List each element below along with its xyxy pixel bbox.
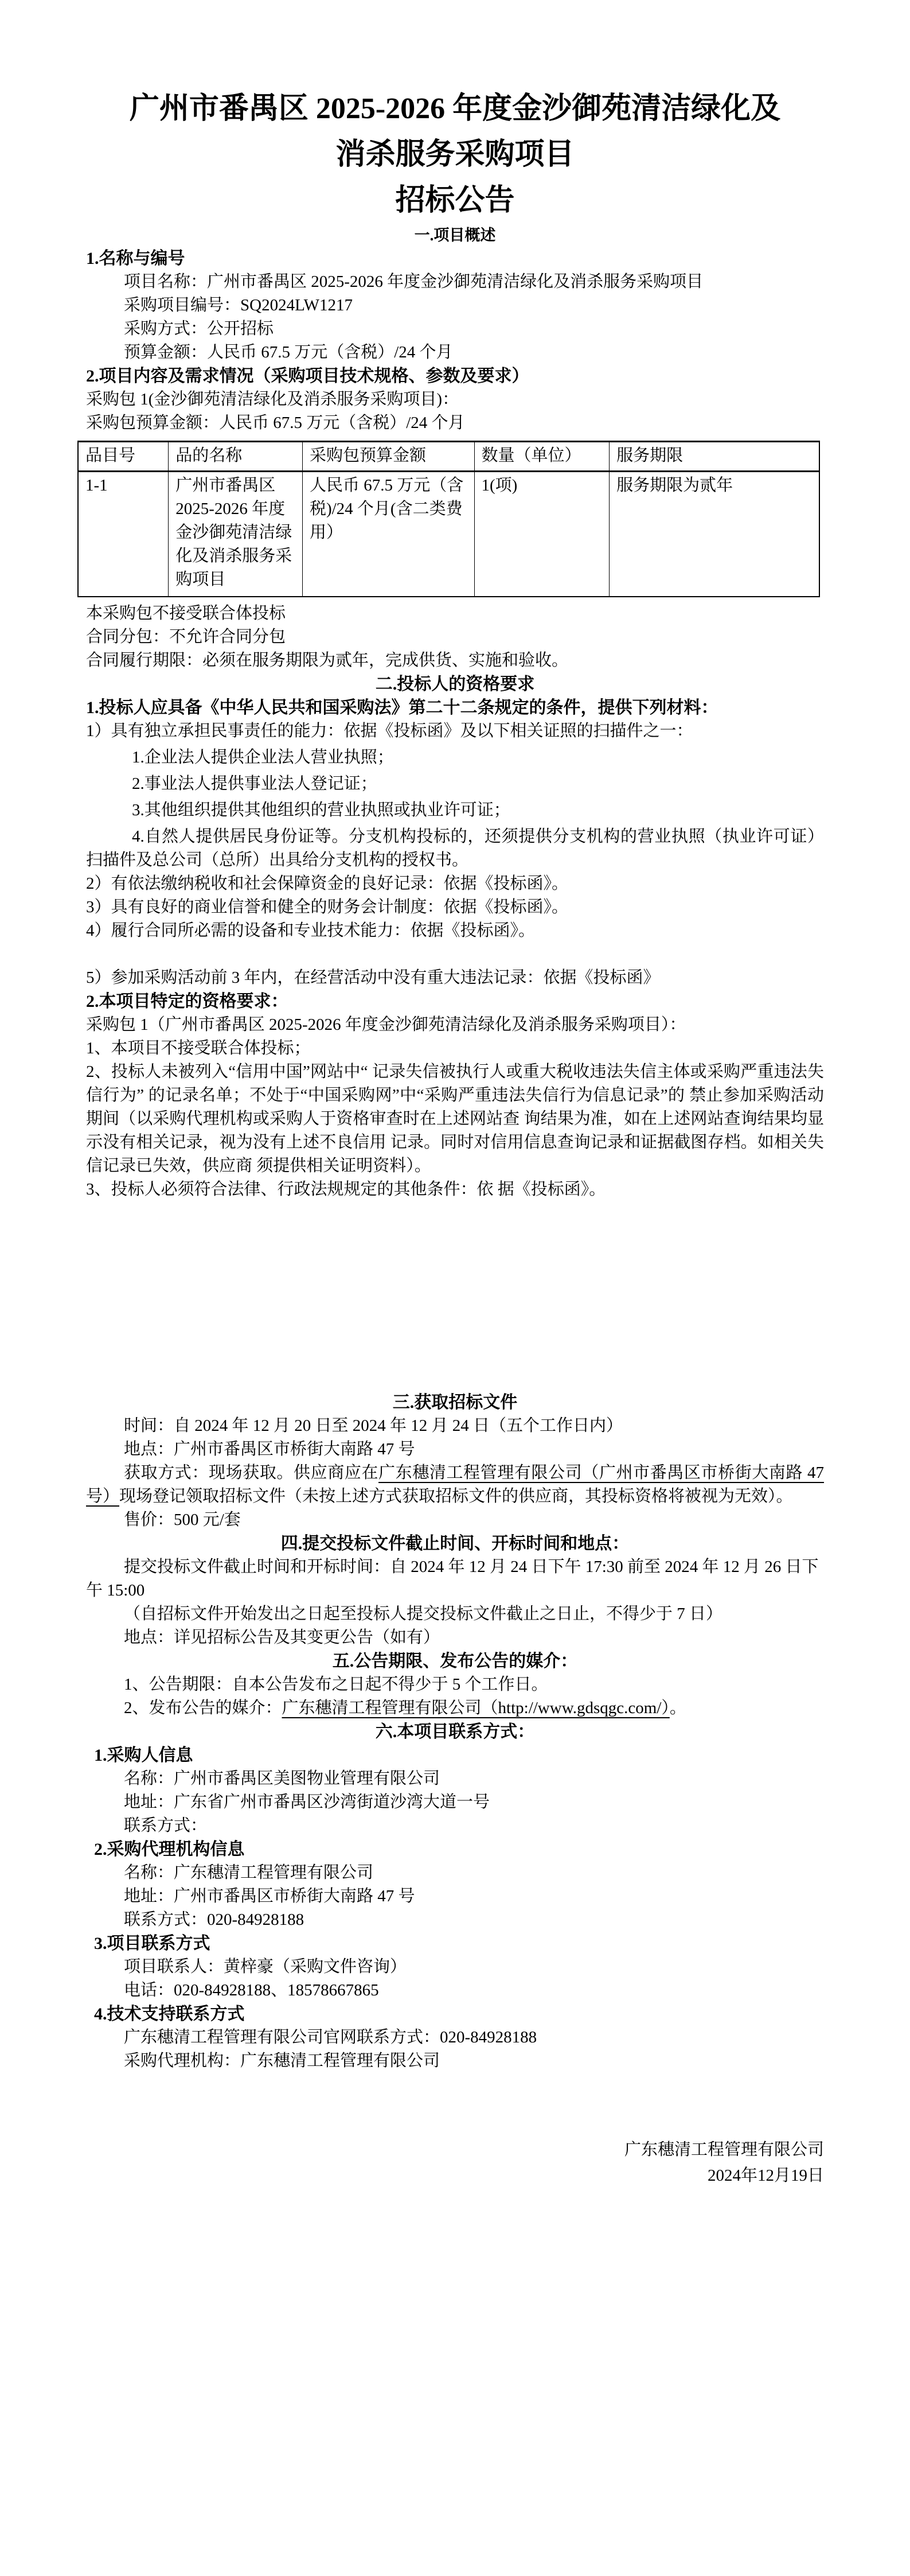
project-name: 项目名称：广州市番禺区 2025-2026 年度金沙御苑清洁绿化及消杀服务采购项… — [86, 270, 824, 294]
cell-item-no: 1-1 — [78, 472, 169, 597]
cell-quantity: 1(项) — [474, 472, 610, 597]
opening-location: 地点：详见招标公告及其变更公告（如有） — [86, 1626, 824, 1649]
document-price: 售价：500 元/套 — [86, 1508, 824, 1532]
title-line-1: 广州市番禺区 2025-2026 年度金沙御苑清洁绿化及 — [0, 86, 910, 132]
qualification-1-1-d: 4.自然人提供居民身份证等。分支机构投标的，还须提供分支机构的营业执照（执业许可… — [86, 825, 824, 872]
table-data-row: 1-1 广州市番禺区 2025-2026 年度金沙御苑清洁绿化及消杀服务采购项目… — [78, 472, 819, 597]
qualification-1-3: 3）具有良好的商业信誉和健全的财务会计制度：依据《投标函》。 — [86, 896, 824, 919]
announcement-media-underlined[interactable]: 广东穗清工程管理有限公司（http://www.gdsqgc.com/） — [282, 1699, 670, 1717]
heading-name-and-number: 1.名称与编号 — [86, 247, 824, 270]
obtain-method: 获取方式：现场获取。供应商应在广东穗清工程管理有限公司（广州市番禺区市桥街大南路… — [86, 1461, 824, 1508]
project-contact-person: 项目联系人：黄梓豪（采购文件咨询） — [86, 1955, 824, 1979]
body-blocks: 本采购包不接受联合体投标合同分包：不允许合同分包合同履行期限：必须在服务期限为贰… — [86, 602, 824, 2073]
qualification-1-1-c: 3.其他组织提供其他组织的营业执照或执业许可证； — [132, 799, 824, 822]
specific-req-2: 2、投标人未被列入“信用中国”网站中“ 记录失信被执行人或重大税收违法失信主体或… — [86, 1060, 824, 1178]
project-contact-phone: 电话：020-84928188、18578667865 — [86, 1979, 824, 2002]
purchaser-name: 名称：广州市番禺区美图物业管理有限公司 — [86, 1767, 824, 1791]
cell-service-term: 服务期限为贰年 — [610, 472, 819, 597]
heading-announcement: 五.公告期限、发布公告的媒介： — [86, 1649, 824, 1673]
col-header-quantity: 数量（单位） — [474, 442, 610, 472]
package-1-specific: 采购包 1（广州市番禺区 2025-2026 年度金沙御苑清洁绿化及消杀服务采购… — [86, 1013, 824, 1037]
col-header-item-no: 品目号 — [78, 442, 169, 472]
qualification-1-1: 1）具有独立承担民事责任的能力：依据《投标函》及以下相关证照的扫描件之一： — [86, 719, 824, 743]
footer-date: 2024年12月19日 — [86, 2163, 824, 2189]
obtain-location: 地点：广州市番禺区市桥街大南路 47 号 — [86, 1438, 824, 1461]
heading-submission-deadline: 四.提交投标文件截止时间、开标时间和地点： — [86, 1532, 824, 1555]
document-page: 广州市番禺区 2025-2026 年度金沙御苑清洁绿化及 消杀服务采购项目 招标… — [0, 0, 910, 2576]
heading-bidder-qualifications: 二.投标人的资格要求 — [86, 672, 824, 696]
document-title: 广州市番禺区 2025-2026 年度金沙御苑清洁绿化及 消杀服务采购项目 招标… — [0, 86, 910, 224]
project-contact-heading: 3.项目联系方式 — [86, 1932, 824, 1955]
cell-package-budget: 人民币 67.5 万元（含税)/24 个月(含二类费用） — [302, 472, 474, 597]
col-header-package-budget: 采购包预算金额 — [302, 442, 474, 472]
agency-name: 名称：广东穗清工程管理有限公司 — [86, 1861, 824, 1885]
obtain-method-text: 现场登记领取招标文件（未按上述方式获取招标文件的供应商，其投标资格将被视为无效）… — [119, 1487, 793, 1505]
deadline-time: 提交投标文件截止时间和开标时间：自 2024 年 12 月 24 日下午 17:… — [86, 1555, 824, 1602]
qualification-1-2: 2）有依法缴纳税收和社会保障资金的良好记录：依据《投标函》。 — [86, 872, 824, 896]
title-line-3: 招标公告 — [0, 178, 910, 224]
qualification-1-5: 5）参加采购活动前 3 年内，在经营活动中没有重大违法记录：依据《投标函》 — [86, 966, 824, 990]
spacer-large — [86, 1201, 824, 1391]
specific-req-1: 1、本项目不接受联合体投标； — [86, 1037, 824, 1060]
announcement-media-text: 。 — [670, 1699, 686, 1717]
purchaser-contact: 联系方式： — [86, 1814, 824, 1838]
announcement-period: 1、公告期限：自本公告发布之日起不得少于 5 个工作日。 — [86, 1673, 824, 1696]
items-table-wrap: 品目号 品的名称 采购包预算金额 数量（单位） 服务期限 1-1 广州市番禺区 … — [77, 441, 820, 597]
procurement-method: 采购方式：公开招标 — [86, 317, 824, 341]
col-header-item-name: 品的名称 — [169, 442, 303, 472]
cell-item-name: 广州市番禺区 2025-2026 年度金沙御苑清洁绿化及消杀服务采购项目 — [169, 472, 303, 597]
deadline-note: （自招标文件开始发出之日起至投标人提交投标文件截止之日止，不得少于 7 日） — [86, 1602, 824, 1626]
tech-support-phone: 广东穗清工程管理有限公司官网联系方式：020-84928188 — [86, 2026, 824, 2049]
announcement-media-text: 2、发布公告的媒介： — [124, 1699, 282, 1717]
heading-contact: 六.本项目联系方式： — [86, 1720, 824, 1744]
subcontract-note: 合同分包：不允许合同分包 — [86, 625, 824, 649]
purchaser-address: 地址：广东省广州市番禺区沙湾街道沙湾大道一号 — [86, 1791, 824, 1814]
contract-period-note: 合同履行期限：必须在服务期限为贰年，完成供货、实施和验收。 — [86, 649, 824, 672]
tech-support-agency: 采购代理机构：广东穗清工程管理有限公司 — [86, 2049, 824, 2073]
purchaser-info-heading: 1.采购人信息 — [86, 1744, 824, 1767]
footer-company: 广东穗清工程管理有限公司 — [86, 2137, 824, 2163]
no-consortium-note: 本采购包不接受联合体投标 — [86, 602, 824, 625]
budget-amount: 预算金额：人民币 67.5 万元（含税）/24 个月 — [86, 341, 824, 364]
qualification-1-4: 4）履行合同所必需的设备和专业技术能力：依据《投标函》。 — [86, 919, 824, 943]
package-budget: 采购包预算金额：人民币 67.5 万元（含税）/24 个月 — [86, 411, 824, 435]
col-header-service-term: 服务期限 — [610, 442, 819, 472]
package-1-label: 采购包 1(金沙御苑清洁绿化及消杀服务采购项目)： — [86, 388, 824, 411]
obtain-time: 时间：自 2024 年 12 月 20 日至 2024 年 12 月 24 日（… — [86, 1414, 824, 1438]
section-heading-overview: 一.项目概述 — [86, 224, 824, 247]
announcement-media: 2、发布公告的媒介：广东穗清工程管理有限公司（http://www.gdsqgc… — [86, 1696, 824, 1720]
title-line-2: 消杀服务采购项目 — [0, 132, 910, 178]
qualification-1-1-a: 1.企业法人提供企业法人营业执照； — [132, 746, 824, 769]
qualification-1-heading: 1.投标人应具备《中华人民共和国采购法》第二十二条规定的条件，提供下列材料： — [86, 696, 824, 719]
spacer — [86, 943, 824, 966]
heading-project-content: 2.项目内容及需求情况（采购项目技术规格、参数及要求） — [86, 364, 824, 388]
overview-blocks: 1.名称与编号项目名称：广州市番禺区 2025-2026 年度金沙御苑清洁绿化及… — [86, 247, 824, 435]
tech-support-heading: 4.技术支持联系方式 — [86, 2002, 824, 2026]
signature-block: 广东穗清工程管理有限公司 2024年12月19日 — [86, 2137, 824, 2189]
table-header-row: 品目号 品的名称 采购包预算金额 数量（单位） 服务期限 — [78, 442, 819, 472]
items-table: 品目号 品的名称 采购包预算金额 数量（单位） 服务期限 1-1 广州市番禺区 … — [77, 441, 820, 597]
specific-req-3: 3、投标人必须符合法律、行政法规规定的其他条件：依 据《投标函》。 — [86, 1178, 824, 1201]
project-number: 采购项目编号：SQ2024LW1217 — [86, 294, 824, 317]
agency-info-heading: 2.采购代理机构信息 — [86, 1838, 824, 1861]
heading-obtain-documents: 三.获取招标文件 — [86, 1391, 824, 1414]
agency-address: 地址：广州市番禺区市桥街大南路 47 号 — [86, 1885, 824, 1908]
agency-contact: 联系方式：020-84928188 — [86, 1908, 824, 1932]
qualification-1-1-b: 2.事业法人提供事业法人登记证； — [132, 772, 824, 796]
obtain-method-text: 获取方式：现场获取。供应商应在 — [124, 1464, 378, 1482]
qualification-2-heading: 2.本项目特定的资格要求： — [86, 990, 824, 1013]
